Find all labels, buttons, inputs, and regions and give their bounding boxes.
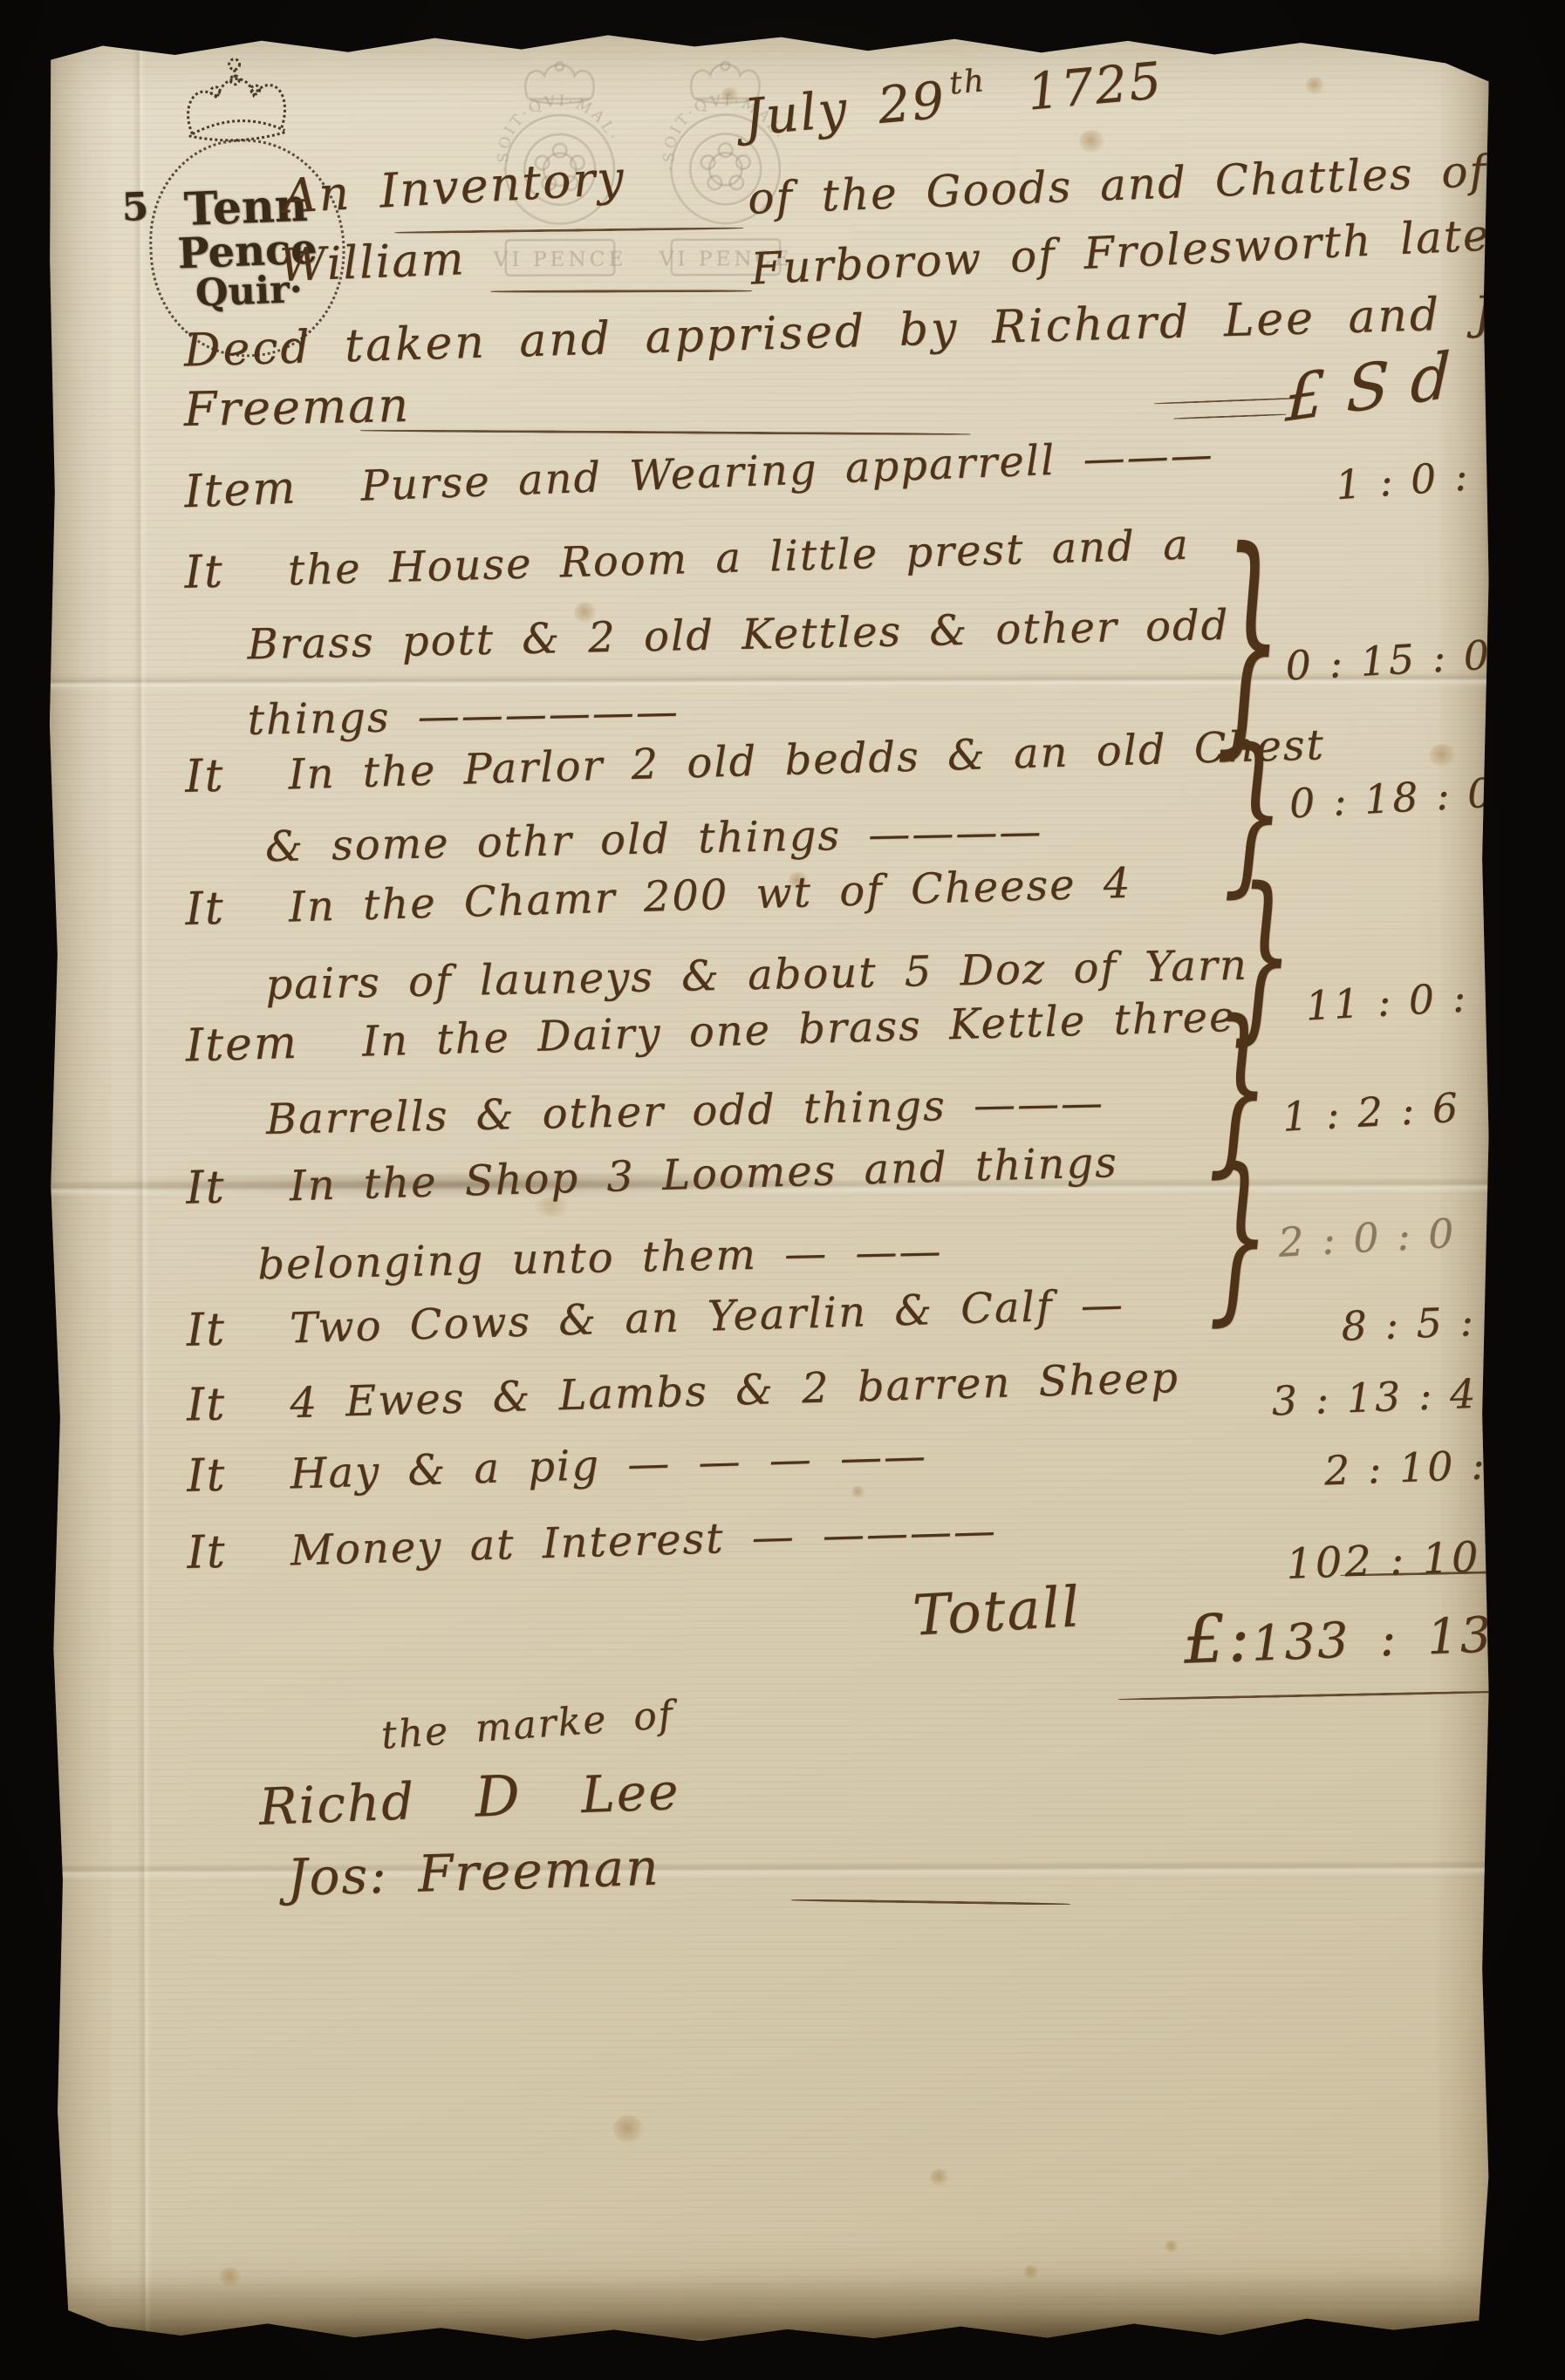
signature-mark: D [474, 1764, 523, 1831]
date-year: 1725 [1025, 51, 1165, 122]
ink-flourish [1173, 413, 1287, 419]
signature-name-part: Lee [580, 1762, 681, 1824]
item-row: It the House Room a little prest and a [183, 518, 1190, 599]
item-text: the House Room a little prest and a [287, 521, 1190, 596]
stain [613, 2115, 645, 2143]
item-text: 4 Ewes & Lambs & 2 barren Sheep [290, 1354, 1180, 1428]
total-value: £:133 : 13 : 10 [1182, 1584, 1565, 1678]
item-row: Item Purse and Wearing apparrell ——— [183, 427, 1214, 518]
total-label: Totall [911, 1575, 1083, 1648]
item-prefix: It [184, 750, 225, 803]
mark-note: the marke of [379, 1693, 675, 1758]
item-prefix: It [183, 546, 224, 599]
item-row: It Hay & a pig — — — —— [186, 1429, 928, 1502]
item-prefix: Item [185, 1017, 299, 1073]
item-amount: 102 : 10 : 0 [1285, 1530, 1559, 1589]
item-prefix: Item [183, 462, 297, 519]
currency-column-header: £ S d [1284, 338, 1446, 435]
item-amount: 2 : 0 : 0 [1277, 1210, 1458, 1266]
stain [1023, 2265, 1039, 2279]
heading-william: William [278, 233, 466, 292]
stain [1306, 77, 1325, 94]
total-currency: £: [1182, 1599, 1253, 1679]
item-prefix: It [186, 1304, 227, 1357]
stain [851, 1486, 865, 1498]
item-text: Hay & a pig — — — —— [290, 1431, 928, 1498]
stain [219, 2267, 242, 2287]
item-text: Purse and Wearing apparrell ——— [360, 430, 1215, 511]
stain [1430, 744, 1456, 767]
item-brace: } [1208, 1145, 1270, 1327]
item-amount: 8 : 5 : 0 [1340, 1296, 1520, 1350]
item-amount: 1 : 2 : 6 [1281, 1084, 1461, 1141]
date-suffix: th [947, 63, 987, 102]
emboss-value-text: VI PENCE [493, 247, 627, 271]
item-amount: 11 : 0 : 0 [1304, 972, 1513, 1030]
item-amount: 0 : 18 : 0 [1288, 769, 1497, 828]
item-row: It 4 Ewes & Lambs & 2 barren Sheep [186, 1351, 1180, 1432]
item-amount: 1 : 0 : 0 [1334, 449, 1515, 509]
heading-goods-chattles: of the Goods and Chattles of [747, 146, 1488, 224]
crown-icon [160, 51, 311, 148]
item-prefix: It [185, 1161, 226, 1214]
item-amount: 3 : 13 : 4 [1271, 1370, 1479, 1425]
item-text: things —————— [247, 687, 680, 745]
item-prefix: It [186, 1378, 227, 1431]
ink-rule [360, 429, 971, 435]
item-prefix: It [186, 1449, 227, 1503]
heading-furborow: Furborow of Frolesworth lately [749, 208, 1533, 294]
item-prefix: It [184, 883, 225, 936]
item-row: It Two Cows & an Yearlin & Calf — [186, 1278, 1125, 1357]
fold-crease [50, 1860, 1493, 1879]
stamp-numeral: 5 [121, 188, 149, 228]
item-row: It Money at Interest — ———— [186, 1504, 997, 1579]
item-text: Brass pott & 2 old Kettles & other odd [247, 601, 1230, 670]
stain [1079, 130, 1105, 153]
item-text: Money at Interest — ———— [290, 1506, 998, 1575]
item-text: In the Chamr 200 wt of Cheese 4 [288, 859, 1132, 932]
total-amount: 133 : 13 : 10 [1251, 1601, 1565, 1672]
scanned-document-photo: ·SOIT·QVI·MAL· VI PENCE ·SOIT·QVI·MAL· V… [0, 0, 1565, 2380]
ink-rule [1118, 1690, 1537, 1701]
item-amount: 2 : 10 : 0 [1323, 1440, 1531, 1495]
signature-jos-freeman: Jos: Freeman [286, 1838, 660, 1907]
ink-flourish [1154, 397, 1302, 404]
item-prefix: It [186, 1526, 227, 1579]
item-text: Barrells & other odd things ——— [265, 1079, 1104, 1144]
signature-richard-lee: Richd D Lee [258, 1758, 681, 1838]
bottom-edge-discoloration [51, 2274, 1494, 2342]
ink-rule [791, 1899, 1070, 1906]
stain [930, 2168, 949, 2186]
item-text: In the Shop 3 Loomes and things [289, 1138, 1119, 1210]
item-text: Two Cows & an Yearlin & Calf — [289, 1280, 1124, 1354]
signature-name-part: Richd [258, 1771, 417, 1837]
item-text: belonging unto them — —— [257, 1227, 943, 1290]
item-row: It In the Shop 3 Loomes and things [185, 1135, 1118, 1215]
manuscript-paper: ·SOIT·QVI·MAL· VI PENCE ·SOIT·QVI·MAL· V… [45, 26, 1495, 2342]
stain [1165, 2240, 1179, 2253]
heading-freeman: Freeman [183, 378, 411, 437]
